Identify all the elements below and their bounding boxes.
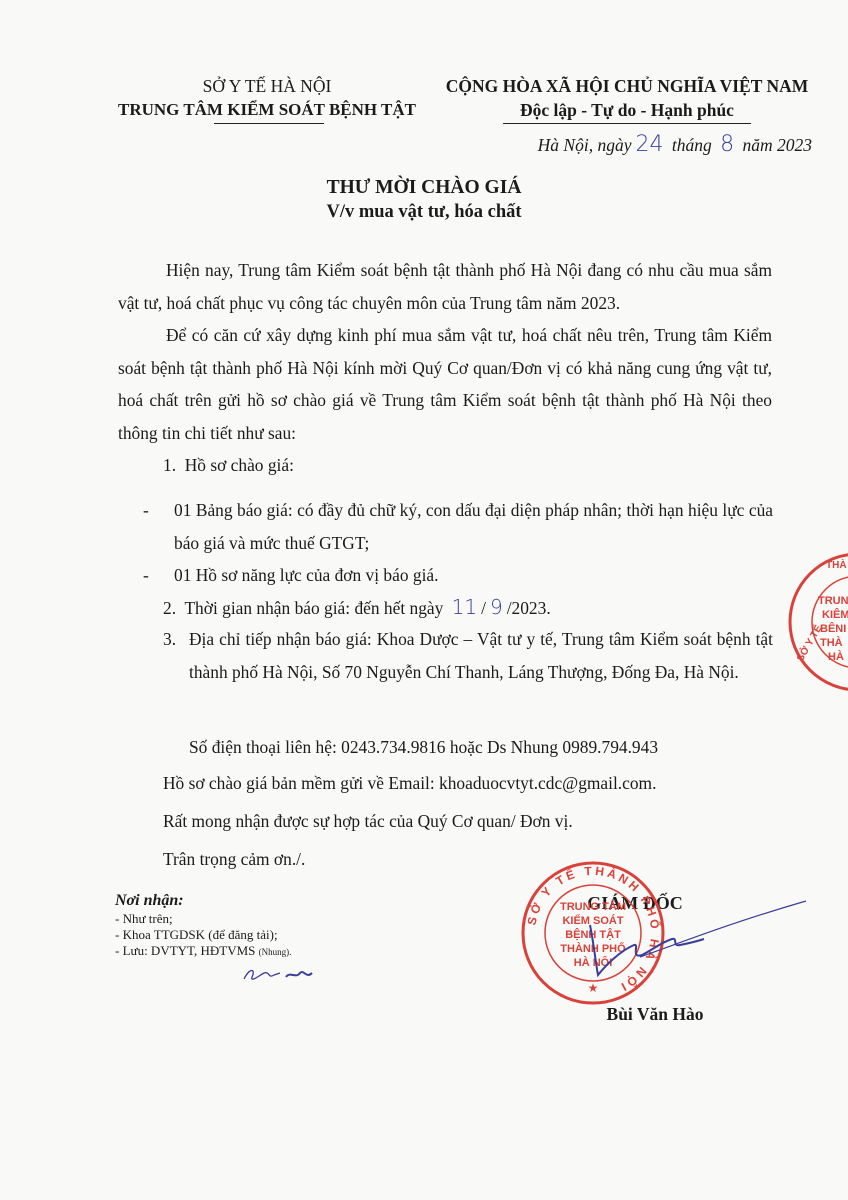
- recipient-item: - Như trên;: [115, 911, 291, 927]
- svg-text:TRUN: TRUN: [818, 595, 848, 607]
- purpose-paragraph: Để có căn cứ xây dựng kinh phí mua sắm v…: [118, 319, 772, 449]
- date-year: năm 2023: [742, 135, 812, 155]
- recipient-item: - Lưu: DVTYT, HĐTVMS (Nhung).: [115, 943, 291, 960]
- contact-phone: Số điện thoại liên hệ: 0243.734.9816 hoặ…: [189, 731, 658, 764]
- list-number: 2.: [163, 598, 176, 618]
- margin-seal-stamp: TRUN KIÊM BÊNI THÀ HÀ SỞ Y TẾ THÀ: [780, 552, 848, 692]
- deadline-month-handwritten: 9: [486, 595, 507, 619]
- country-name: CỘNG HÒA XÃ HỘI CHỦ NGHĨA VIỆT NAM: [440, 74, 814, 98]
- sub-item-quote-table: - 01 Bảng báo giá: có đầy đủ chữ ký, con…: [143, 494, 773, 559]
- recipient-item: - Khoa TTGDSK (để đăng tải);: [115, 927, 291, 943]
- list-item-3: 3. Địa chỉ tiếp nhận báo giá: Khoa Dược …: [163, 623, 773, 688]
- list-text: Hồ sơ chào giá:: [185, 455, 294, 475]
- national-motto: CỘNG HÒA XÃ HỘI CHỦ NGHĨA VIỆT NAM Độc l…: [440, 74, 814, 124]
- issuing-agency: SỞ Y TẾ HÀ NỘI TRUNG TÂM KIỂM SOÁT BỆNH …: [108, 74, 426, 124]
- svg-text:HÀ: HÀ: [828, 650, 844, 663]
- date-day-handwritten: 24: [631, 132, 667, 157]
- list-item-1: 1. Hồ sơ chào giá:: [163, 449, 294, 482]
- closing-thanks: Trân trọng cảm ơn./.: [163, 843, 305, 876]
- motto: Độc lập - Tự do - Hạnh phúc: [440, 98, 814, 122]
- list-number: 3.: [163, 623, 176, 656]
- closing-hope: Rất mong nhận được sự hợp tác của Quý Cơ…: [163, 805, 573, 838]
- sub-item-capability-profile: - 01 Hồ sơ năng lực của đơn vị báo giá.: [143, 559, 773, 592]
- agency-name: TRUNG TÂM KIỂM SOÁT BỆNH TẬT: [108, 98, 426, 122]
- date-month-label: tháng: [672, 135, 712, 155]
- contact-email: Hồ sơ chào giá bản mềm gửi về Email: kho…: [163, 767, 656, 800]
- recipients-heading: Nơi nhận:: [115, 893, 291, 909]
- svg-text:THÀ: THÀ: [826, 558, 847, 571]
- date-month-handwritten: 8: [716, 132, 738, 157]
- deadline-day-handwritten: 11: [448, 595, 481, 619]
- list-item-2: 2. Thời gian nhận báo giá: đến hết ngày …: [163, 591, 551, 625]
- sub-item-text: 01 Bảng báo giá: có đầy đủ chữ ký, con d…: [174, 494, 773, 559]
- signatory-name: Bùi Văn Hào: [540, 1004, 770, 1025]
- agency-underline: [214, 123, 324, 124]
- intro-paragraph: Hiện nay, Trung tâm Kiểm soát bệnh tật t…: [118, 254, 772, 319]
- list-text: Thời gian nhận báo giá: đến hết ngày: [184, 598, 443, 618]
- svg-text:KIÊM: KIÊM: [822, 608, 848, 621]
- intro-text: Hiện nay, Trung tâm Kiểm soát bệnh tật t…: [118, 260, 772, 313]
- motto-underline: [503, 123, 751, 124]
- address-text: Địa chỉ tiếp nhận báo giá: Khoa Dược – V…: [189, 623, 773, 688]
- dash-bullet: -: [143, 559, 149, 592]
- svg-text:SỞ Y TẾ: SỞ Y TẾ: [793, 622, 824, 663]
- recipients-block: Nơi nhận: - Như trên; - Khoa TTGDSK (để …: [115, 893, 291, 960]
- purpose-text: Để có căn cứ xây dựng kinh phí mua sắm v…: [118, 325, 772, 443]
- deadline-year: /2023.: [507, 598, 551, 618]
- director-signature: [580, 895, 810, 985]
- date-prefix: Hà Nội, ngày: [538, 135, 632, 155]
- sub-item-text: 01 Hồ sơ năng lực của đơn vị báo giá.: [174, 559, 773, 592]
- dash-bullet: -: [143, 494, 149, 527]
- list-number: 1.: [163, 455, 176, 475]
- svg-text:BÊNI: BÊNI: [820, 622, 846, 635]
- agency-parent: SỞ Y TẾ HÀ NỘI: [108, 74, 426, 98]
- document-title: THƯ MỜI CHÀO GIÁ: [0, 177, 848, 199]
- recipient-note: (Nhung).: [259, 947, 292, 957]
- initials-signature: [240, 965, 315, 987]
- svg-text:THÀ: THÀ: [820, 636, 843, 649]
- document-date: Hà Nội, ngày24 tháng 8 năm 2023: [500, 132, 812, 157]
- document-subject: V/v mua vật tư, hóa chất: [0, 202, 848, 223]
